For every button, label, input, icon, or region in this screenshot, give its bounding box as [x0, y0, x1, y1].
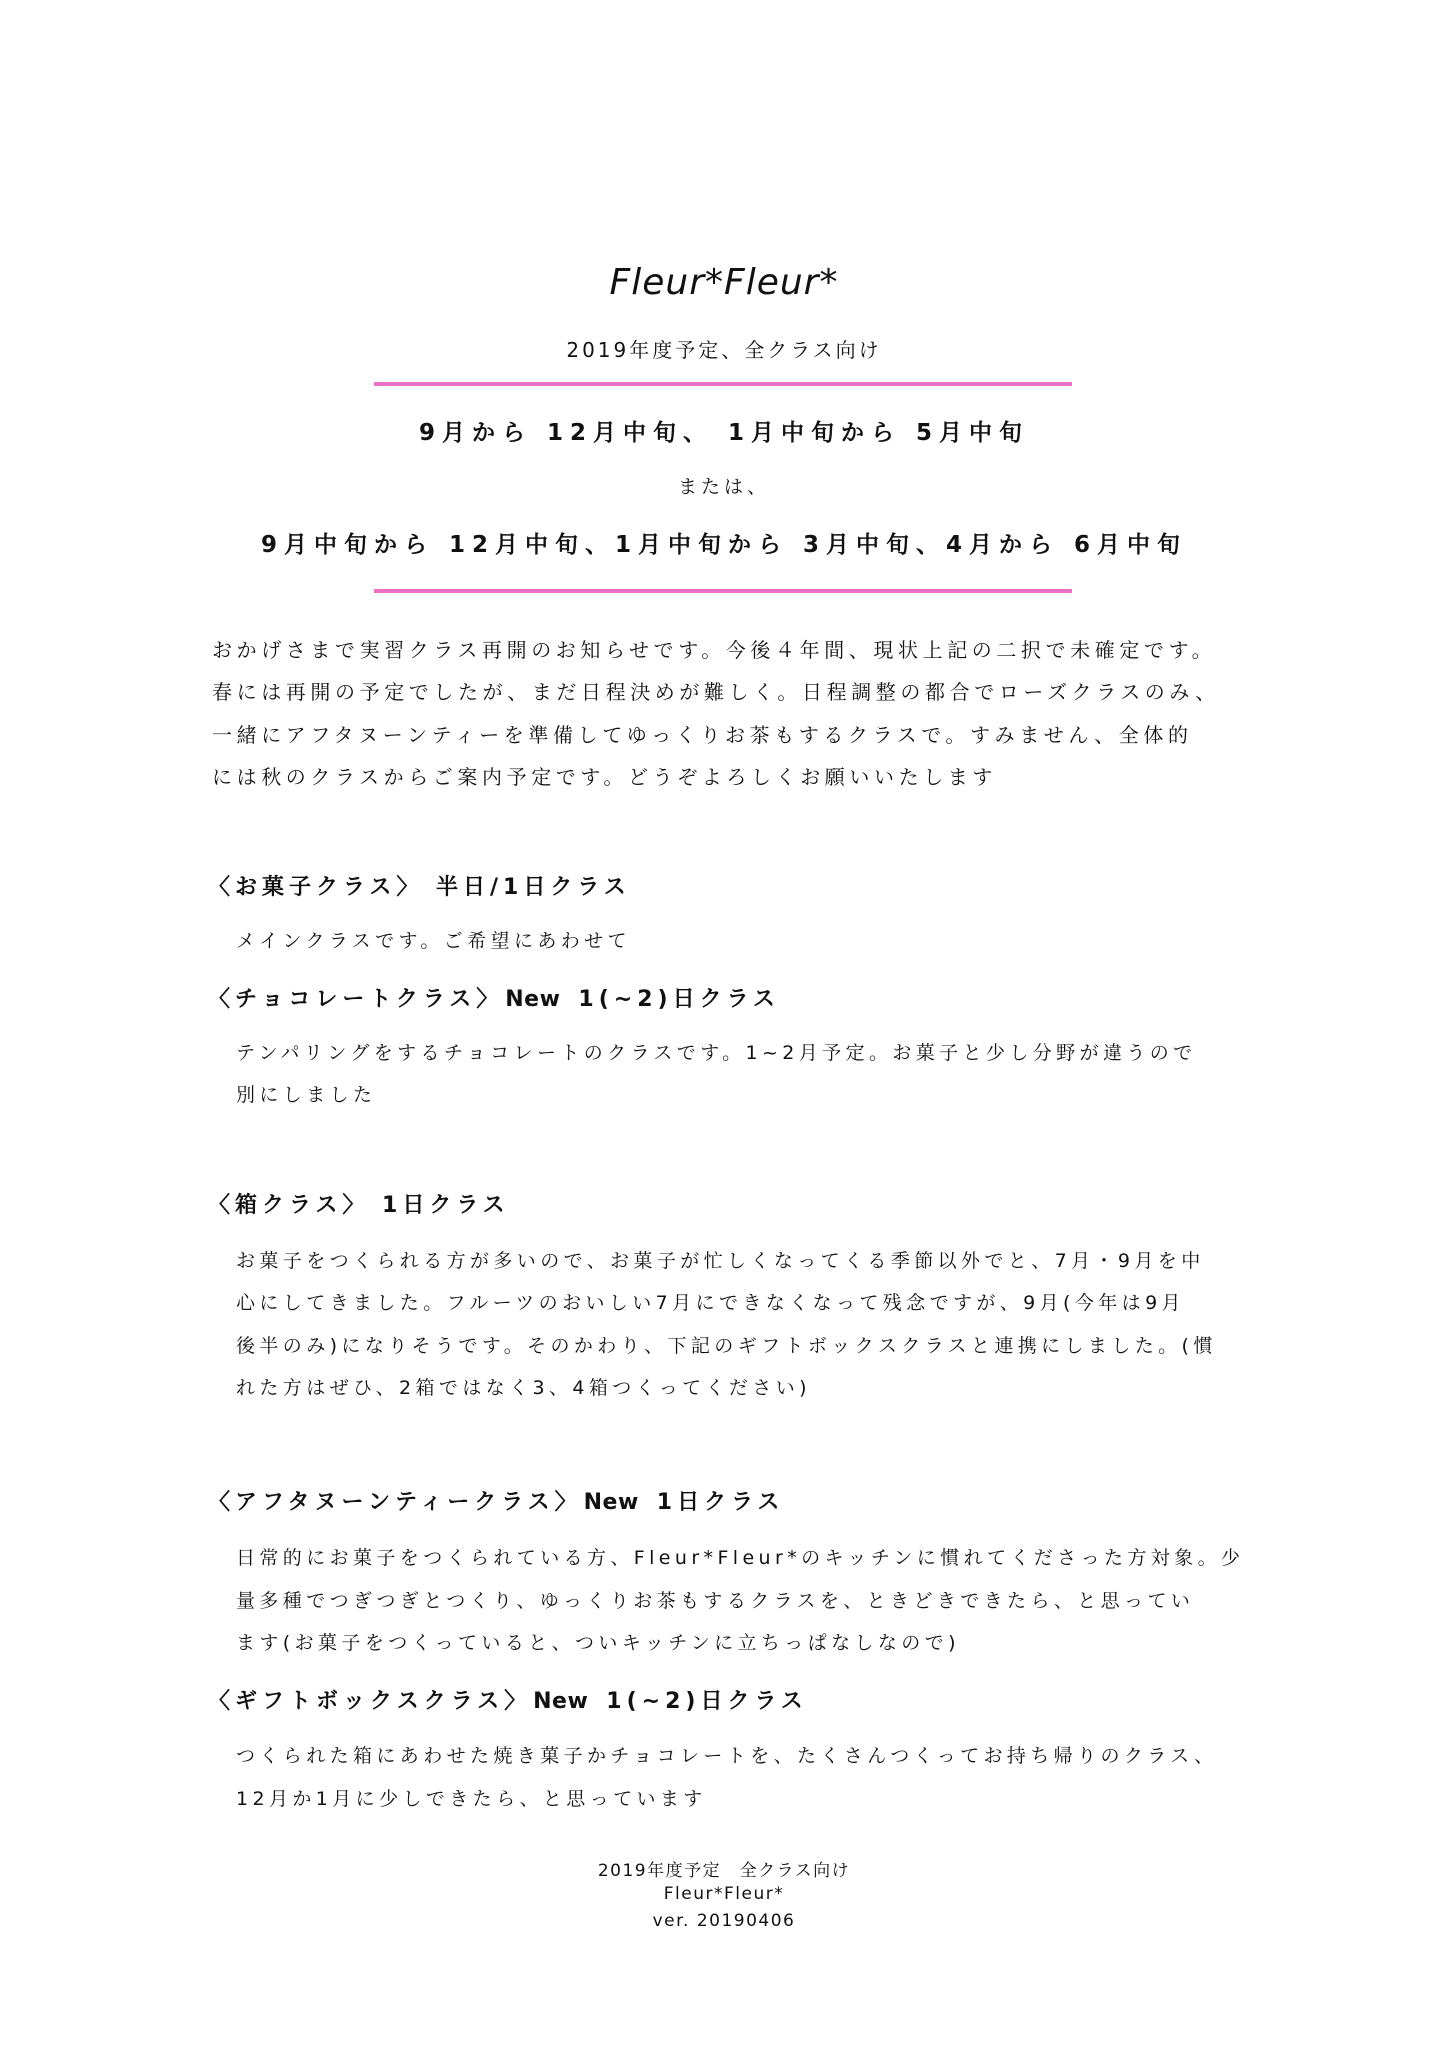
section-body-line: ます(お菓子をつくっていると、ついキッチンに立ちっぱなしなので)	[236, 1628, 960, 1655]
new-badge: New	[533, 1689, 588, 1714]
section-body-line: テンパリングをするチョコレートのクラスです。1~2月予定。お菓子と少し分野が違う…	[236, 1038, 1197, 1065]
section-duration: 1日クラス	[657, 1490, 785, 1515]
schedule-or-label: または、	[0, 472, 1448, 499]
intro-line: 一緒にアフタヌーンティーを準備してゆっくりお茶もするクラスで。すみません、全体的	[212, 719, 1193, 748]
section-body-line: れた方はぜひ、2箱ではなく3、4箱つくってください)	[236, 1373, 811, 1400]
pink-divider-top	[374, 382, 1072, 386]
section-duration: 1日クラス	[382, 1193, 510, 1218]
new-badge: New	[584, 1490, 639, 1515]
section-name: 〈お菓子クラス〉	[208, 875, 423, 900]
section-body-line: お菓子をつくられる方が多いので、お菓子が忙しくなってくる季節以外でと、7月・9月…	[236, 1246, 1205, 1273]
section-body-line: メインクラスです。ご希望にあわせて	[236, 926, 631, 953]
document-subtitle: 2019年度予定、全クラス向け	[0, 334, 1448, 363]
section-heading: 〈お菓子クラス〉 半日/1日クラス	[208, 870, 631, 901]
section-duration: 半日/1日クラス	[436, 875, 631, 900]
document-title: Fleur*Fleur*	[0, 262, 1448, 303]
section-body-line: 心にしてきました。フルーツのおいしい7月にできなくなって残念ですが、9月(今年は…	[236, 1288, 1185, 1315]
section-body-line: 日常的にお菓子をつくられている方、Fleur*Fleur*のキッチンに慣れてくだ…	[236, 1543, 1244, 1570]
intro-line: には秋のクラスからご案内予定です。どうぞよろしくお願いいたします	[212, 761, 997, 790]
section-name: 〈チョコレートクラス〉	[208, 987, 503, 1012]
section-body-line: つくられた箱にあわせた焼き菓子かチョコレートを、たくさんつくってお持ち帰りのクラ…	[236, 1741, 1217, 1768]
footer-version: ver. 20190406	[0, 1911, 1448, 1931]
section-heading: 〈箱クラス〉 1日クラス	[208, 1188, 510, 1219]
footer-brand: Fleur*Fleur*	[0, 1884, 1448, 1904]
section-duration: 1(~2)日クラス	[578, 987, 780, 1012]
schedule-option-b: 9月中旬から 12月中旬、1月中旬から 3月中旬、4月から 6月中旬	[0, 526, 1448, 559]
intro-line: 春には再開の予定でしたが、まだ日程決めが難しく。日程調整の都合でローズクラスのみ…	[212, 676, 1220, 705]
section-name: 〈箱クラス〉	[208, 1193, 369, 1218]
intro-line: おかげさまで実習クラス再開のお知らせです。今後４年間、現状上記の二択で未確定です…	[212, 634, 1216, 663]
footer-subtitle: 2019年度予定 全クラス向け	[0, 1856, 1448, 1881]
section-body-line: 量多種でつぎつぎとつくり、ゆっくりお茶もするクラスを、ときどきできたら、と思って…	[236, 1586, 1194, 1613]
section-heading: 〈ギフトボックスクラス〉New1(~2)日クラス	[208, 1684, 808, 1715]
section-body-line: 12月か1月に少しできたら、と思っています	[236, 1784, 707, 1811]
new-badge: New	[505, 987, 560, 1012]
section-body-line: 後半のみ)になりそうです。そのかわり、下記のギフトボックスクラスと連携にしました…	[236, 1331, 1217, 1358]
section-heading: 〈チョコレートクラス〉New1(~2)日クラス	[208, 982, 780, 1013]
section-name: 〈ギフトボックスクラス〉	[208, 1689, 531, 1714]
section-duration: 1(~2)日クラス	[606, 1689, 808, 1714]
section-body-line: 別にしました	[236, 1080, 376, 1107]
section-heading: 〈アフタヌーンティークラス〉New1日クラス	[208, 1485, 784, 1516]
schedule-option-a: 9月から 12月中旬、 1月中旬から 5月中旬	[0, 414, 1448, 447]
section-name: 〈アフタヌーンティークラス〉	[208, 1490, 582, 1515]
pink-divider-bottom	[374, 589, 1072, 593]
